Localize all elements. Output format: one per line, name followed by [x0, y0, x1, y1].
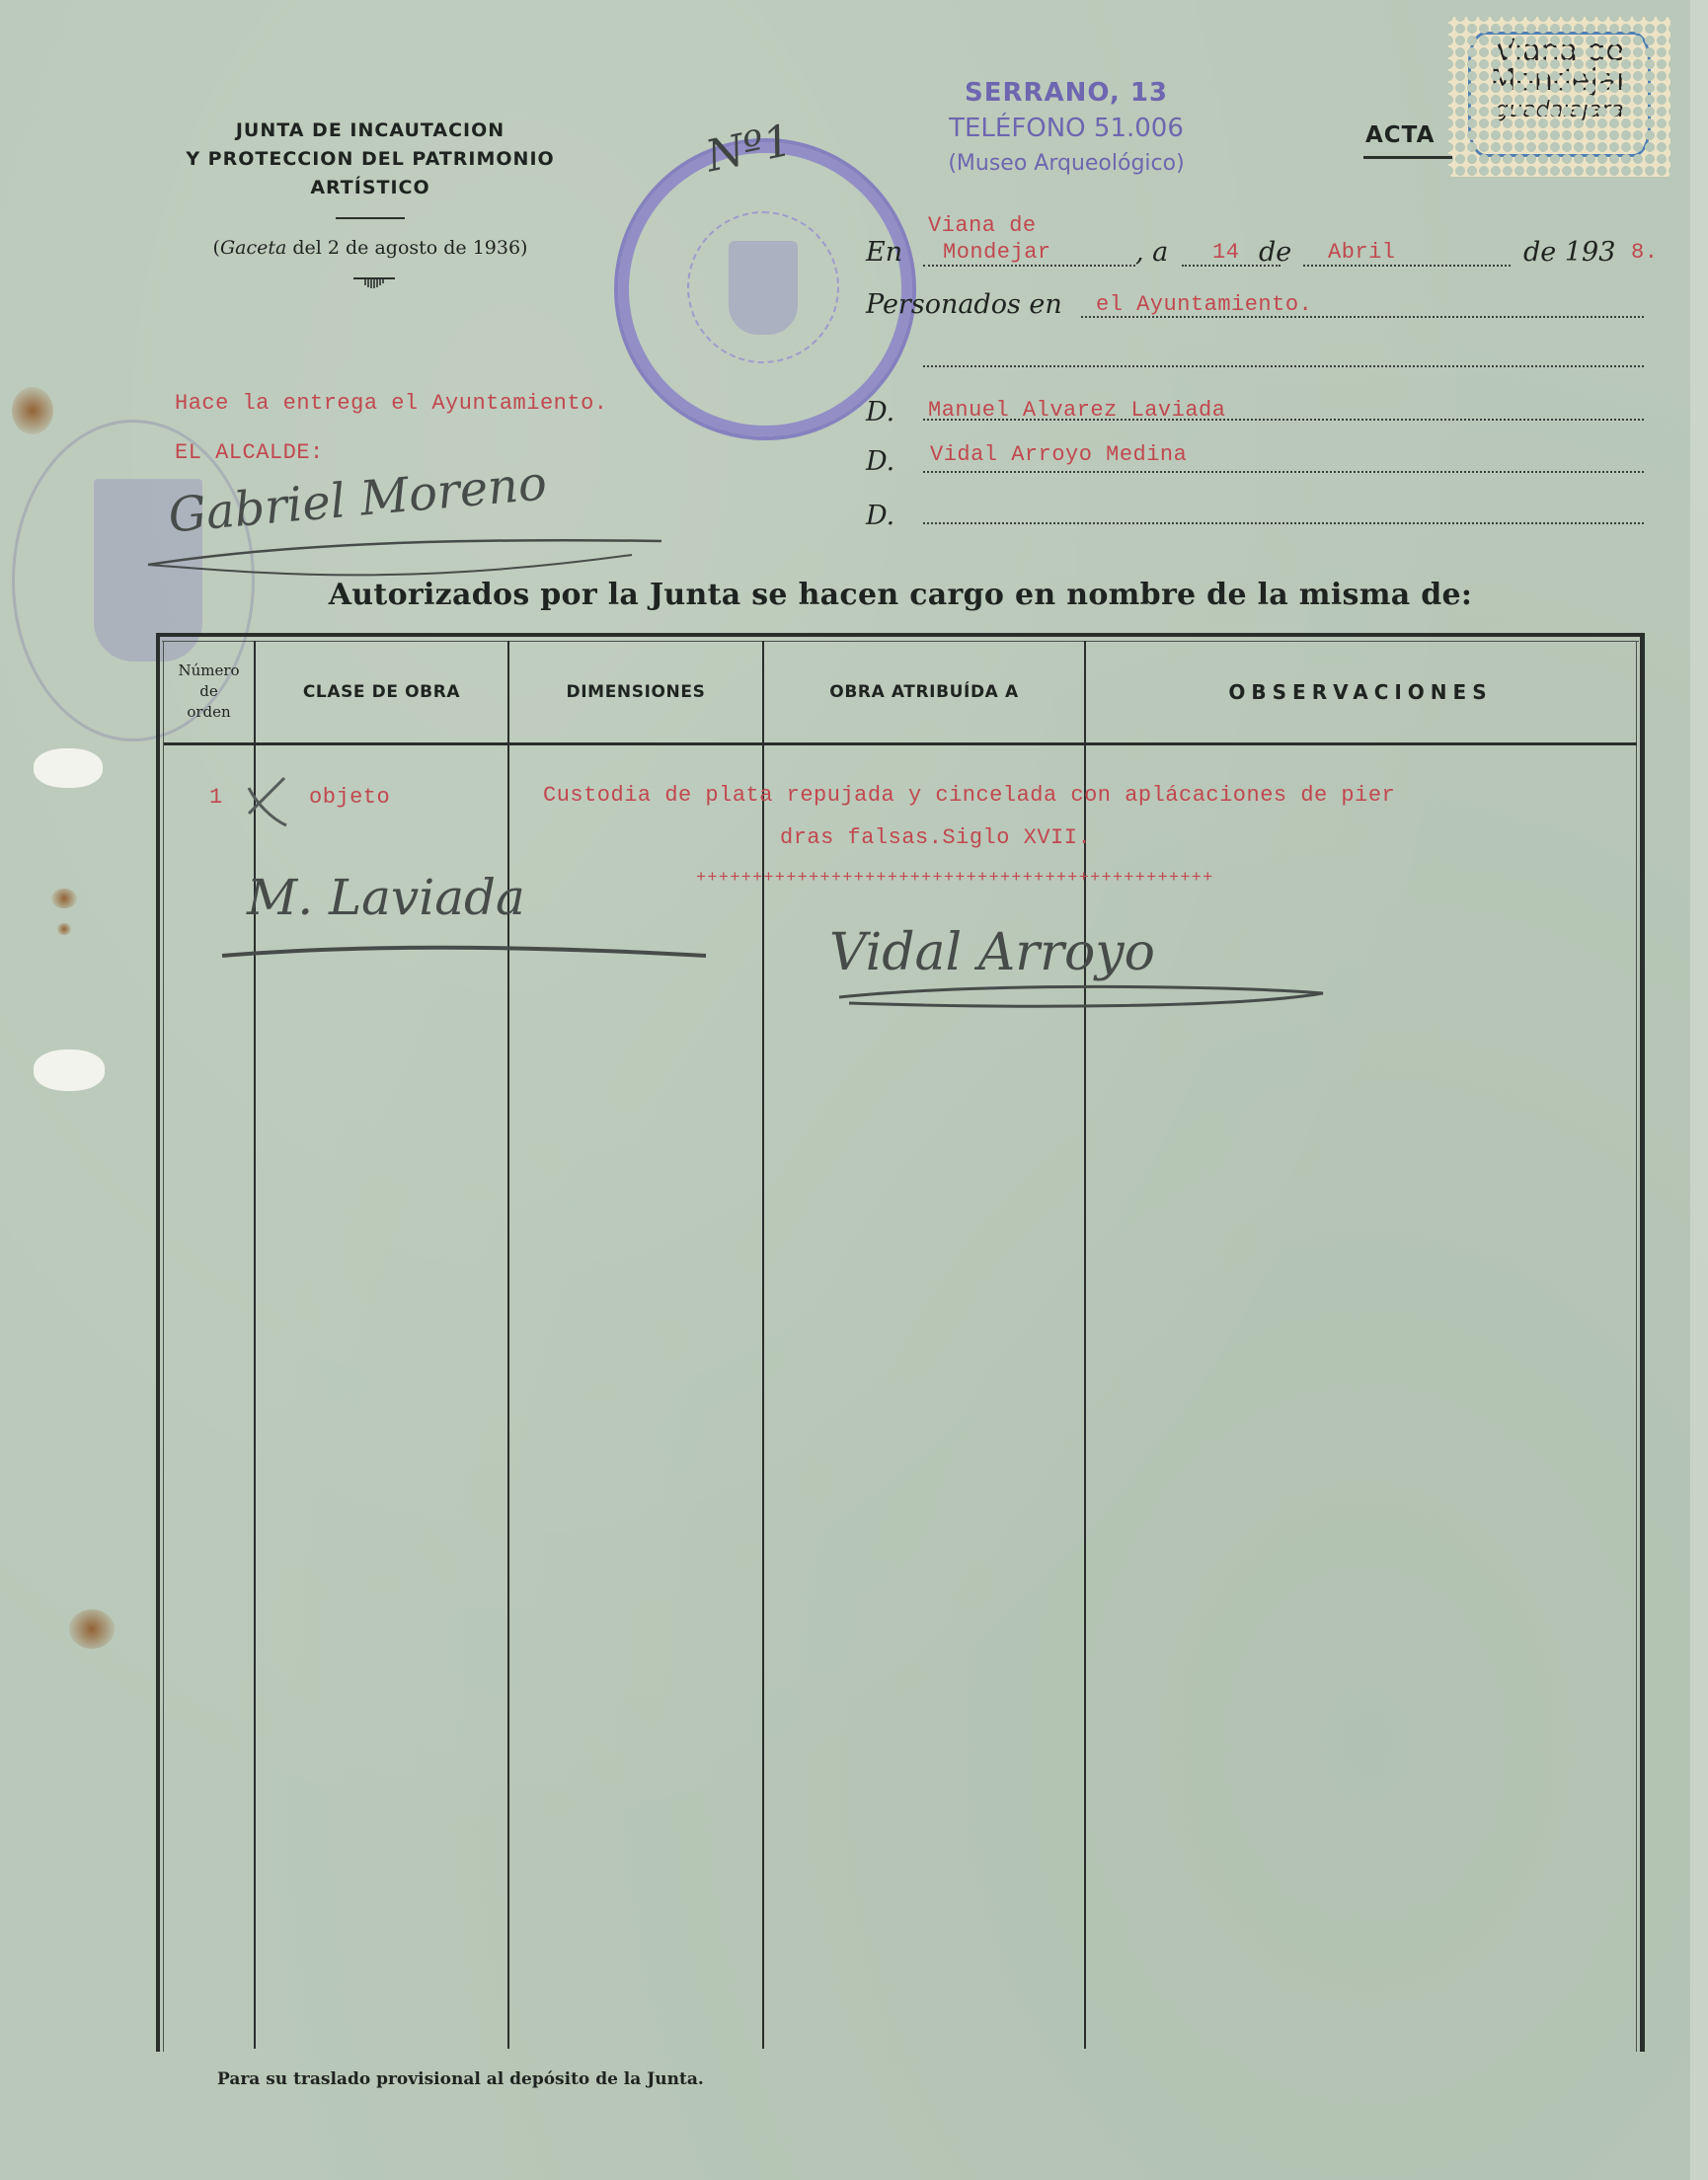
rust-stain — [12, 387, 53, 434]
rust-stain — [69, 1609, 115, 1649]
section-title: Autorizados por la Junta se hacen cargo … — [156, 578, 1645, 612]
day-value: 14 — [1212, 240, 1239, 265]
table-border-left-inner — [163, 641, 164, 2052]
year-digit: 8. — [1631, 240, 1658, 265]
signature-vidal-arroyo: Vidal Arroyo — [829, 923, 1155, 982]
personados-value: el Ayuntamiento. — [1096, 292, 1312, 317]
stamp-line-1: Viana de — [1448, 37, 1670, 66]
gaceta-reference: (Gaceta del 2 de agosto de 1936) — [158, 237, 582, 259]
table-header-bottom — [164, 742, 1637, 745]
header-divider — [336, 217, 405, 219]
row-description-line-1: Custodia de plata repujada y cincelada c… — [543, 783, 1395, 808]
stamp-text: Viana de Mondejar guadalajara — [1448, 37, 1670, 125]
row-clase: objeto — [309, 785, 390, 810]
row-description-line-2: dras falsas.Siglo XVII. — [780, 825, 1091, 850]
address-stamp: SERRANO, 13 TELÉFONO 51.006 (Museo Arque… — [893, 75, 1239, 182]
header-numero-line: de — [178, 681, 239, 702]
table-border-right-inner — [1636, 641, 1637, 2052]
alcalde-label: EL ALCALDE: — [175, 440, 324, 465]
org-line-1: JUNTA DE INCAUTACION — [158, 117, 582, 145]
table-border-left — [156, 633, 160, 2052]
attendee-dotted-line — [923, 522, 1644, 524]
header-dimensiones: DIMENSIONES — [509, 641, 762, 742]
de-label: de — [1259, 237, 1291, 268]
cross-mark-icon — [237, 774, 296, 833]
punch-hole — [34, 748, 103, 788]
column-divider — [507, 641, 509, 2049]
stamp-line-3: guadalajara — [1448, 96, 1670, 125]
stamp-line-2: Mondejar — [1448, 66, 1670, 96]
header-numero-line: Número — [178, 661, 239, 681]
acta-underline — [1363, 156, 1452, 159]
a-label: , a — [1135, 237, 1168, 268]
acta-label: ACTA — [1365, 122, 1435, 148]
header-numero: Número de orden — [164, 641, 254, 742]
header-numero-line: orden — [178, 702, 239, 723]
org-line-2: Y PROTECCION DEL PATRIMONIO — [158, 145, 582, 174]
address-museum: (Museo Arqueológico) — [893, 146, 1239, 182]
organization-name: JUNTA DE INCAUTACION Y PROTECCION DEL PA… — [158, 117, 582, 202]
table-border-top — [156, 633, 1645, 637]
paper-right-edge — [1690, 0, 1708, 2180]
column-divider — [1084, 641, 1086, 2049]
attendee-prefix: D. — [866, 446, 894, 477]
gaceta-italic: Gaceta — [220, 237, 286, 259]
viana-stamp: Viana de Mondejar guadalajara — [1448, 17, 1670, 177]
table-border-right — [1640, 633, 1645, 2052]
row-separator: ++++++++++++++++++++++++++++++++++++++++… — [696, 869, 1213, 888]
en-label: En — [866, 237, 902, 268]
entrega-text: Hace la entrega el Ayuntamiento. — [175, 391, 607, 416]
footnote: Para su traslado provisional al depósito… — [217, 2069, 704, 2089]
signature-flourish — [829, 977, 1343, 1017]
place-value: Mondejar — [943, 240, 1051, 265]
row-numero: 1 — [209, 785, 223, 810]
attendee-prefix: D. — [866, 501, 894, 531]
gaceta-date: del 2 de agosto de 1936) — [286, 237, 527, 259]
signature-underline — [217, 938, 731, 968]
punch-hole — [34, 1050, 105, 1091]
attendee-prefix: D. — [866, 397, 894, 428]
attendee-dotted-line — [923, 471, 1644, 473]
signature-laviada: M. Laviada — [247, 869, 525, 926]
attendee-name: Vidal Arroyo Medina — [930, 442, 1187, 467]
year-label: de 193 — [1523, 237, 1615, 268]
month-dotted-line — [1303, 265, 1511, 267]
place-dotted-line — [923, 265, 1135, 267]
attendee-name: Manuel Alvarez Laviada — [928, 398, 1225, 423]
column-divider — [254, 641, 256, 2049]
place-line-1: Viana de — [928, 213, 1037, 238]
ornament-icon — [353, 277, 395, 289]
column-divider — [762, 641, 764, 2049]
header-obra-atribuida: OBRA ATRIBUÍDA A — [764, 641, 1084, 742]
personados-label: Personados en — [866, 289, 1062, 320]
gaceta-paren: ( — [213, 237, 220, 259]
blank-dotted-line — [923, 365, 1644, 367]
month-value: Abril — [1328, 240, 1396, 265]
address-street: SERRANO, 13 — [893, 75, 1239, 111]
org-line-3: ARTÍSTICO — [158, 174, 582, 202]
seal-crest-icon — [729, 241, 798, 335]
address-phone: TELÉFONO 51.006 — [893, 111, 1239, 146]
header-clase: CLASE DE OBRA — [256, 641, 507, 742]
rust-stain — [51, 889, 77, 908]
header-observaciones: OBSERVACIONES — [1086, 641, 1635, 742]
rust-stain — [57, 923, 71, 935]
